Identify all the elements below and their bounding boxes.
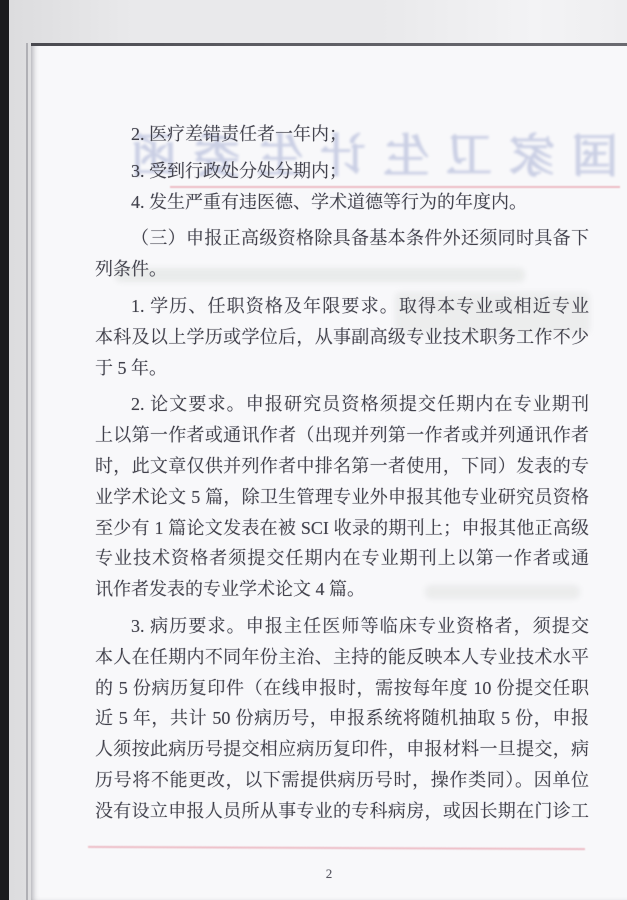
text-line: 4. 发生严重有违医德、学术道德等行为的年度内。: [95, 187, 589, 218]
text-line: 讯作者发表的专业学术论文 4 篇。: [95, 574, 589, 605]
text-line: 1. 学历、任职资格及年限要求。取得本专业或相近专业: [95, 291, 589, 322]
platen-groove-line: [26, 43, 28, 900]
text-line: 本科及以上学历或学位后，从事副高级专业技术职务工作不少: [95, 322, 589, 353]
scanner-edge-strip: [0, 0, 9, 900]
text-line: 3. 受到行政处分处分期内；: [95, 156, 589, 187]
text-line: 2. 医疗差错责任者一年内；: [95, 119, 589, 150]
text-line: 近 5 年，共计 50 份病历号，申报系统将随机抽取 5 份，申报: [95, 703, 589, 734]
text-line: 本人在任期内不同年份主治、主持的能反映本人专业技术水平: [95, 642, 589, 673]
document-text: 2. 医疗差错责任者一年内；3. 受到行政处分处分期内；4. 发生严重有违医德、…: [95, 119, 589, 827]
text-line: 时，此文章仅供并列作者中排名第一者使用，下同）发表的专: [95, 451, 589, 482]
text-line: 人须按此病历号提交相应病历复印件，申报材料一旦提交，病: [95, 734, 589, 765]
text-line: （三）申报正高级资格除具备基本条件外还须同时具备下: [95, 223, 589, 254]
page-number: 2: [31, 866, 627, 882]
text-line: 历号将不能更改，以下需提供病历号时，操作类同）。因单位: [95, 765, 589, 796]
text-line: 业学术论文 5 篇，除卫生管理专业外申报其他专业研究员资格: [95, 482, 589, 513]
text-line: 列条件。: [95, 254, 589, 285]
text-line: 3. 病历要求。申报主任医师等临床专业资格者，须提交: [95, 611, 589, 642]
text-line: 的 5 份病历复印件（在线申报时，需按每年度 10 份提交任职: [95, 673, 589, 704]
text-line: 至少有 1 篇论文发表在被 SCI 收录的期刊上；申报其他正高级: [95, 513, 589, 544]
text-line: 专业技术资格者须提交任期内在专业期刊上以第一作者或通: [95, 543, 589, 574]
text-line: 于 5 年。: [95, 353, 589, 384]
text-line: 2. 论文要求。申报研究员资格须提交任期内在专业期刊: [95, 389, 589, 420]
page-top-edge-shadow: [31, 43, 627, 46]
text-line: 没有设立申报人员所从事专业的专科病房，或因长期在门诊工: [95, 796, 589, 827]
text-line: 上以第一作者或通讯作者（出现并列第一作者或并列通讯作者: [95, 420, 589, 451]
